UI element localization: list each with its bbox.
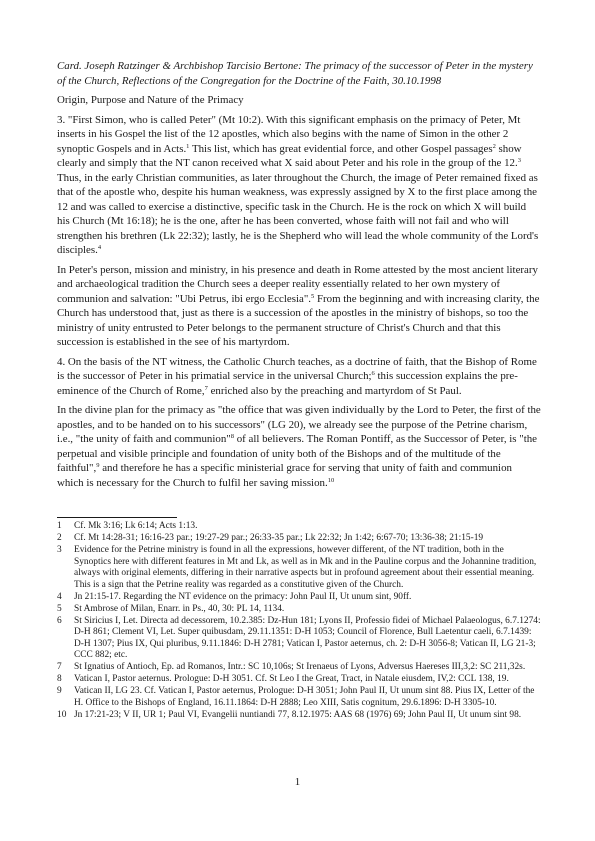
paragraph-3: 3. "First Simon, who is called Peter" (M… [57,113,541,258]
footnote: 10 Jn 17:21-23; V II, UR 1; Paul VI, Eva… [57,710,541,722]
footnote-separator [57,517,177,518]
footnote-reference[interactable]: 4 [98,244,101,251]
footnote-reference[interactable]: 10 [328,477,335,484]
footnote: 3 Evidence for the Petrine ministry is f… [57,545,541,591]
footnote-reference[interactable]: 3 [518,157,521,164]
section-heading: Origin, Purpose and Nature of the Primac… [57,93,541,108]
footnotes-list: 1 Cf. Mk 3:16; Lk 6:14; Acts 1:13. 2 Cf.… [57,521,541,722]
footnote-text: Vatican I, Pastor aeternus. Prologue: D-… [74,674,541,686]
document-body: Card. Joseph Ratzinger & Archbishop Tarc… [57,59,541,495]
footnote-number: 3 [57,545,74,591]
footnote-number: 7 [57,662,74,674]
footnote: 8 Vatican I, Pastor aeternus. Prologue: … [57,674,541,686]
footnote-text: Evidence for the Petrine ministry is fou… [74,545,541,591]
footnote: 2 Cf. Mt 14:28-31; 16:16-23 par.; 19:27-… [57,533,541,545]
footnote-number: 6 [57,616,74,662]
document-title: Card. Joseph Ratzinger & Archbishop Tarc… [57,59,541,88]
footnote-text: Vatican II, LG 23. Cf. Vatican I, Pastor… [74,686,541,709]
footnote-text: Cf. Mt 14:28-31; 16:16-23 par.; 19:27-29… [74,533,541,545]
paragraph-text: Thus, in the early Christian communities… [57,172,538,257]
footnote-number: 4 [57,592,74,604]
paragraph-4: 4. On the basis of the NT witness, the C… [57,355,541,399]
paragraph-text: and therefore he has a specific minister… [57,462,512,489]
page-number: 1 [0,776,595,788]
footnote-text: Jn 17:21-23; V II, UR 1; Paul VI, Evange… [74,710,541,722]
paragraph-text: enriched also by the preaching and marty… [208,385,462,397]
paragraph-divine-plan: In the divine plan for the primacy as "t… [57,403,541,490]
paragraph-text: This list, which has great evidential fo… [189,143,492,155]
footnote-number: 2 [57,533,74,545]
footnote-number: 9 [57,686,74,709]
footnote-text: Jn 21:15-17. Regarding the NT evidence o… [74,592,541,604]
footnote: 5 St Ambrose of Milan, Enarr. in Ps., 40… [57,604,541,616]
footnote: 6 St Siricius I, Let. Directa ad decesso… [57,616,541,662]
footnote: 9 Vatican II, LG 23. Cf. Vatican I, Past… [57,686,541,709]
footnote-number: 8 [57,674,74,686]
footnote-number: 5 [57,604,74,616]
footnote-text: Cf. Mk 3:16; Lk 6:14; Acts 1:13. [74,521,541,533]
footnote: 1 Cf. Mk 3:16; Lk 6:14; Acts 1:13. [57,521,541,533]
footnote-text: St Ignatius of Antioch, Ep. ad Romanos, … [74,662,541,674]
footnote: 4 Jn 21:15-17. Regarding the NT evidence… [57,592,541,604]
footnote-number: 10 [57,710,74,722]
footnote-number: 1 [57,521,74,533]
footnote-text: St Ambrose of Milan, Enarr. in Ps., 40, … [74,604,541,616]
footnote: 7 St Ignatius of Antioch, Ep. ad Romanos… [57,662,541,674]
paragraph-peter-rome: In Peter's person, mission and ministry,… [57,263,541,350]
footnote-text: St Siricius I, Let. Directa ad decessore… [74,616,541,662]
